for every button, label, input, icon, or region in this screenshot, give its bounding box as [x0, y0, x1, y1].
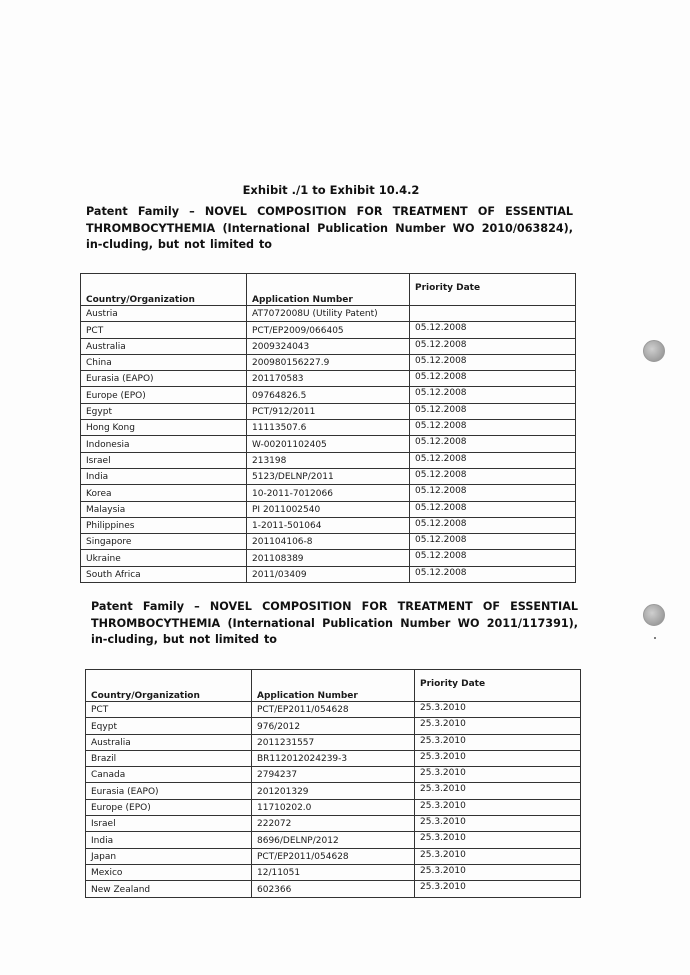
column-header-country: Country/Organization — [86, 670, 252, 702]
priority-date-cell: 05.12.2008 — [410, 501, 576, 517]
country-cell: PCT — [81, 322, 247, 338]
country-cell: Australia — [81, 338, 247, 354]
column-header-priority-date: Priority Date — [410, 274, 576, 306]
priority-date-cell: 05.12.2008 — [410, 452, 576, 468]
exhibit-title-text: Exhibit ./1 to Exhibit 10.4.2 — [243, 183, 420, 197]
country-cell: Hong Kong — [81, 420, 247, 436]
table-row: South Africa2011/0340905.12.2008 — [81, 566, 576, 582]
country-cell: Canada — [86, 767, 252, 783]
country-cell: Australia — [86, 734, 252, 750]
priority-date-cell: 05.12.2008 — [410, 403, 576, 419]
table-row: Hong Kong11113507.605.12.2008 — [81, 420, 576, 436]
application-number-cell: 2794237 — [252, 767, 415, 783]
column-header-application-number: Application Number — [247, 274, 410, 306]
table-row: Eurasia (EAPO)20120132925.3.2010 — [86, 783, 581, 799]
country-cell: Austria — [81, 306, 247, 322]
column-header-application-number: Application Number — [252, 670, 415, 702]
country-cell: Eurasia (EAPO) — [86, 783, 252, 799]
table-row: Eurasia (EAPO)20117058305.12.2008 — [81, 371, 576, 387]
application-number-cell: 2011231557 — [252, 734, 415, 750]
priority-date-cell: 25.3.2010 — [415, 718, 581, 734]
table-row: PCTPCT/EP2009/06640505.12.2008 — [81, 322, 576, 338]
country-cell: Malaysia — [81, 501, 247, 517]
priority-date-cell — [410, 306, 576, 322]
exhibit-title: Exhibit ./1 to Exhibit 10.4.2 — [0, 183, 690, 197]
table-row: Australia201123155725.3.2010 — [86, 734, 581, 750]
priority-date-cell: 05.12.2008 — [410, 517, 576, 533]
application-number-cell: 11113507.6 — [247, 420, 410, 436]
table-row: EgyptPCT/912/201105.12.2008 — [81, 403, 576, 419]
country-cell: Europe (EPO) — [81, 387, 247, 403]
priority-date-cell: 25.3.2010 — [415, 750, 581, 766]
priority-date-cell: 25.3.2010 — [415, 767, 581, 783]
priority-date-cell: 05.12.2008 — [410, 371, 576, 387]
priority-date-cell: 25.3.2010 — [415, 702, 581, 718]
country-cell: South Africa — [81, 566, 247, 582]
priority-date-cell: 25.3.2010 — [415, 783, 581, 799]
application-number-cell: PCT/912/2011 — [247, 403, 410, 419]
country-cell: Philippines — [81, 517, 247, 533]
priority-date-cell: 05.12.2008 — [410, 534, 576, 550]
table-row: IndonesiaW-0020110240505.12.2008 — [81, 436, 576, 452]
application-number-cell: BR112012024239-3 — [252, 750, 415, 766]
application-number-cell: 222072 — [252, 816, 415, 832]
country-cell: China — [81, 354, 247, 370]
country-cell: Korea — [81, 485, 247, 501]
column-header-country: Country/Organization — [81, 274, 247, 306]
country-cell: Indonesia — [81, 436, 247, 452]
table-row: Europe (EPO)11710202.025.3.2010 — [86, 799, 581, 815]
punch-hole-mark — [643, 604, 665, 626]
application-number-cell: W-00201102405 — [247, 436, 410, 452]
table-row: PCTPCT/EP2011/05462825.3.2010 — [86, 702, 581, 718]
priority-date-cell: 05.12.2008 — [410, 338, 576, 354]
table-row: Korea10-2011-701206605.12.2008 — [81, 485, 576, 501]
priority-date-cell: 05.12.2008 — [410, 387, 576, 403]
priority-date-cell: 05.12.2008 — [410, 550, 576, 566]
country-cell: PCT — [86, 702, 252, 718]
priority-date-cell: 05.12.2008 — [410, 566, 576, 582]
application-number-cell: 976/2012 — [252, 718, 415, 734]
table-row: New Zealand60236625.3.2010 — [86, 881, 581, 897]
priority-date-cell: 25.3.2010 — [415, 734, 581, 750]
application-number-cell: 201108389 — [247, 550, 410, 566]
table-row: Israel22207225.3.2010 — [86, 816, 581, 832]
application-number-cell: PI 2011002540 — [247, 501, 410, 517]
table-row: Ukraine20110838905.12.2008 — [81, 550, 576, 566]
country-cell: Eqypt — [86, 718, 252, 734]
country-cell: Israel — [86, 816, 252, 832]
table-header-row: Country/Organization Application Number … — [81, 274, 576, 306]
table-row: Europe (EPO)09764826.505.12.2008 — [81, 387, 576, 403]
patent-family-heading-1: Patent Family – NOVEL COMPOSITION FOR TR… — [86, 204, 573, 254]
priority-date-cell: 25.3.2010 — [415, 816, 581, 832]
application-number-cell: PCT/EP2009/066405 — [247, 322, 410, 338]
table-row: Singapore201104106-805.12.2008 — [81, 534, 576, 550]
application-number-cell: 10-2011-7012066 — [247, 485, 410, 501]
priority-date-cell: 05.12.2008 — [410, 420, 576, 436]
country-cell: Israel — [81, 452, 247, 468]
punch-hole-mark — [643, 340, 665, 362]
application-number-cell: 2009324043 — [247, 338, 410, 354]
priority-date-cell: 05.12.2008 — [410, 436, 576, 452]
priority-date-cell: 25.3.2010 — [415, 864, 581, 880]
priority-date-cell: 25.3.2010 — [415, 832, 581, 848]
country-cell: Eurasia (EAPO) — [81, 371, 247, 387]
application-number-cell: 1-2011-501064 — [247, 517, 410, 533]
country-cell: New Zealand — [86, 881, 252, 897]
priority-date-cell: 25.3.2010 — [415, 881, 581, 897]
application-number-cell: 213198 — [247, 452, 410, 468]
application-number-cell: 602366 — [252, 881, 415, 897]
application-number-cell: 201201329 — [252, 783, 415, 799]
table-row: Eqypt976/201225.3.2010 — [86, 718, 581, 734]
application-number-cell: 8696/DELNP/2012 — [252, 832, 415, 848]
table-header-row: Country/Organization Application Number … — [86, 670, 581, 702]
application-number-cell: 09764826.5 — [247, 387, 410, 403]
country-cell: Brazil — [86, 750, 252, 766]
priority-date-cell: 05.12.2008 — [410, 468, 576, 484]
table-row: Canada279423725.3.2010 — [86, 767, 581, 783]
patent-family-table-1: Country/Organization Application Number … — [80, 273, 576, 583]
table-row: AustriaAT7072008U (Utility Patent) — [81, 306, 576, 322]
table-row: Philippines1-2011-50106405.12.2008 — [81, 517, 576, 533]
application-number-cell: 2011/03409 — [247, 566, 410, 582]
table-row: India8696/DELNP/201225.3.2010 — [86, 832, 581, 848]
application-number-cell: 201170583 — [247, 371, 410, 387]
application-number-cell: 12/11051 — [252, 864, 415, 880]
table-row: India5123/DELNP/201105.12.2008 — [81, 468, 576, 484]
application-number-cell: AT7072008U (Utility Patent) — [247, 306, 410, 322]
application-number-cell: PCT/EP2011/054628 — [252, 848, 415, 864]
application-number-cell: PCT/EP2011/054628 — [252, 702, 415, 718]
patent-family-heading-2: Patent Family – NOVEL COMPOSITION FOR TR… — [91, 599, 578, 649]
table-row: BrazilBR112012024239-325.3.2010 — [86, 750, 581, 766]
table-row: China200980156227.905.12.2008 — [81, 354, 576, 370]
country-cell: Singapore — [81, 534, 247, 550]
priority-date-cell: 05.12.2008 — [410, 322, 576, 338]
country-cell: Mexico — [86, 864, 252, 880]
application-number-cell: 5123/DELNP/2011 — [247, 468, 410, 484]
table-row: Israel21319805.12.2008 — [81, 452, 576, 468]
country-cell: India — [81, 468, 247, 484]
priority-date-cell: 05.12.2008 — [410, 354, 576, 370]
country-cell: Ukraine — [81, 550, 247, 566]
table-row: Mexico12/1105125.3.2010 — [86, 864, 581, 880]
country-cell: India — [86, 832, 252, 848]
scan-speck — [654, 637, 656, 639]
application-number-cell: 200980156227.9 — [247, 354, 410, 370]
priority-date-cell: 25.3.2010 — [415, 848, 581, 864]
country-cell: Egypt — [81, 403, 247, 419]
patent-family-table-2: Country/Organization Application Number … — [85, 669, 581, 898]
table-row: MalaysiaPI 201100254005.12.2008 — [81, 501, 576, 517]
application-number-cell: 11710202.0 — [252, 799, 415, 815]
table-row: Australia200932404305.12.2008 — [81, 338, 576, 354]
country-cell: Europe (EPO) — [86, 799, 252, 815]
priority-date-cell: 05.12.2008 — [410, 485, 576, 501]
priority-date-cell: 25.3.2010 — [415, 799, 581, 815]
application-number-cell: 201104106-8 — [247, 534, 410, 550]
country-cell: Japan — [86, 848, 252, 864]
table-row: JapanPCT/EP2011/05462825.3.2010 — [86, 848, 581, 864]
column-header-priority-date: Priority Date — [415, 670, 581, 702]
